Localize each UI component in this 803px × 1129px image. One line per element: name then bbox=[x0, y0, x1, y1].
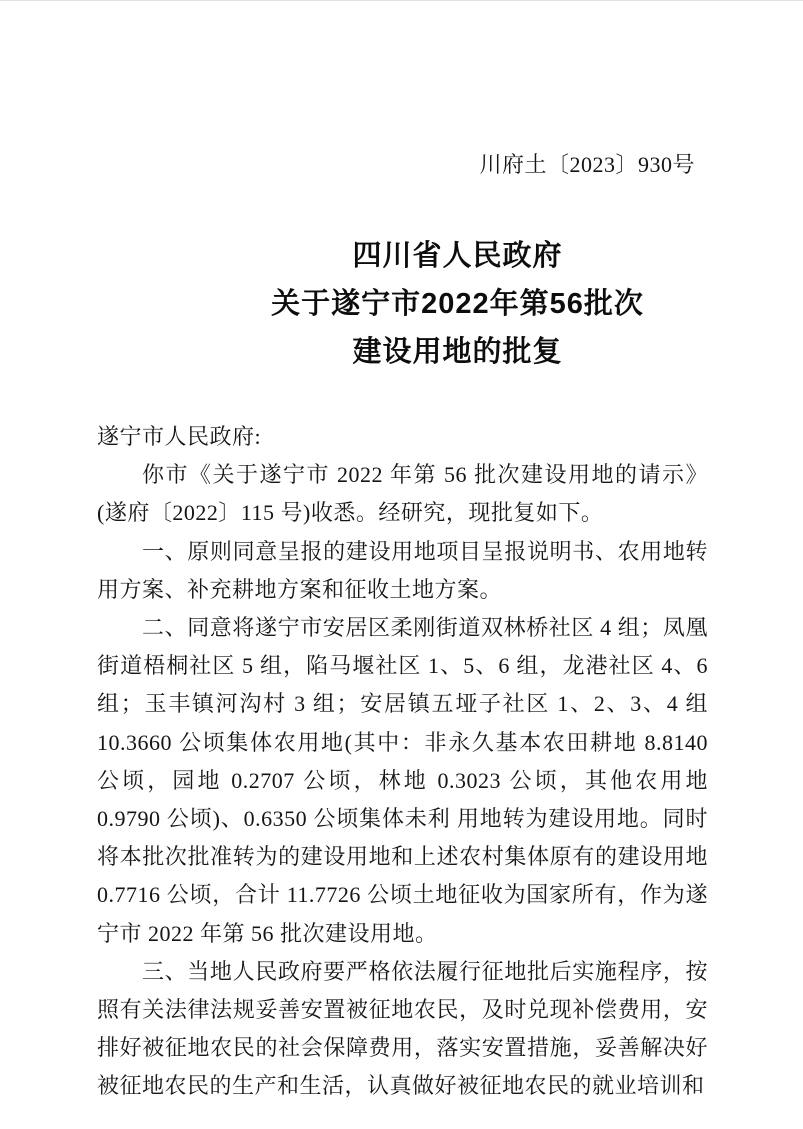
document-page: 川府土〔2023〕930号 四川省人民政府 关于遂宁市2022年第56批次 建设… bbox=[0, 0, 803, 1129]
title-line-issuer: 四川省人民政府 bbox=[112, 232, 803, 280]
salutation: 遂宁市人民政府: bbox=[97, 418, 708, 456]
paragraph-item-1: 一、原则同意呈报的建设用地项目呈报说明书、农用地转用方案、补充耕地方案和征收土地… bbox=[97, 533, 708, 609]
title-line-type: 建设用地的批复 bbox=[112, 328, 803, 376]
document-reference-number: 川府土〔2023〕930号 bbox=[479, 151, 695, 179]
title-line-subject: 关于遂宁市2022年第56批次 bbox=[112, 280, 803, 328]
paragraph-item-2: 二、同意将遂宁市安居区柔刚街道双林桥社区 4 组；凤凰街道梧桐社区 5 组，陷马… bbox=[97, 609, 708, 953]
paragraph-item-3: 三、当地人民政府要严格依法履行征地批后实施程序，按照有关法律法规妥善安置被征地农… bbox=[97, 953, 708, 1106]
document-title: 四川省人民政府 关于遂宁市2022年第56批次 建设用地的批复 bbox=[0, 232, 803, 376]
document-body: 遂宁市人民政府: 你市《关于遂宁市 2022 年第 56 批次建设用地的请示》(… bbox=[97, 418, 708, 1106]
paragraph-intro: 你市《关于遂宁市 2022 年第 56 批次建设用地的请示》(遂府〔2022〕1… bbox=[97, 456, 708, 532]
